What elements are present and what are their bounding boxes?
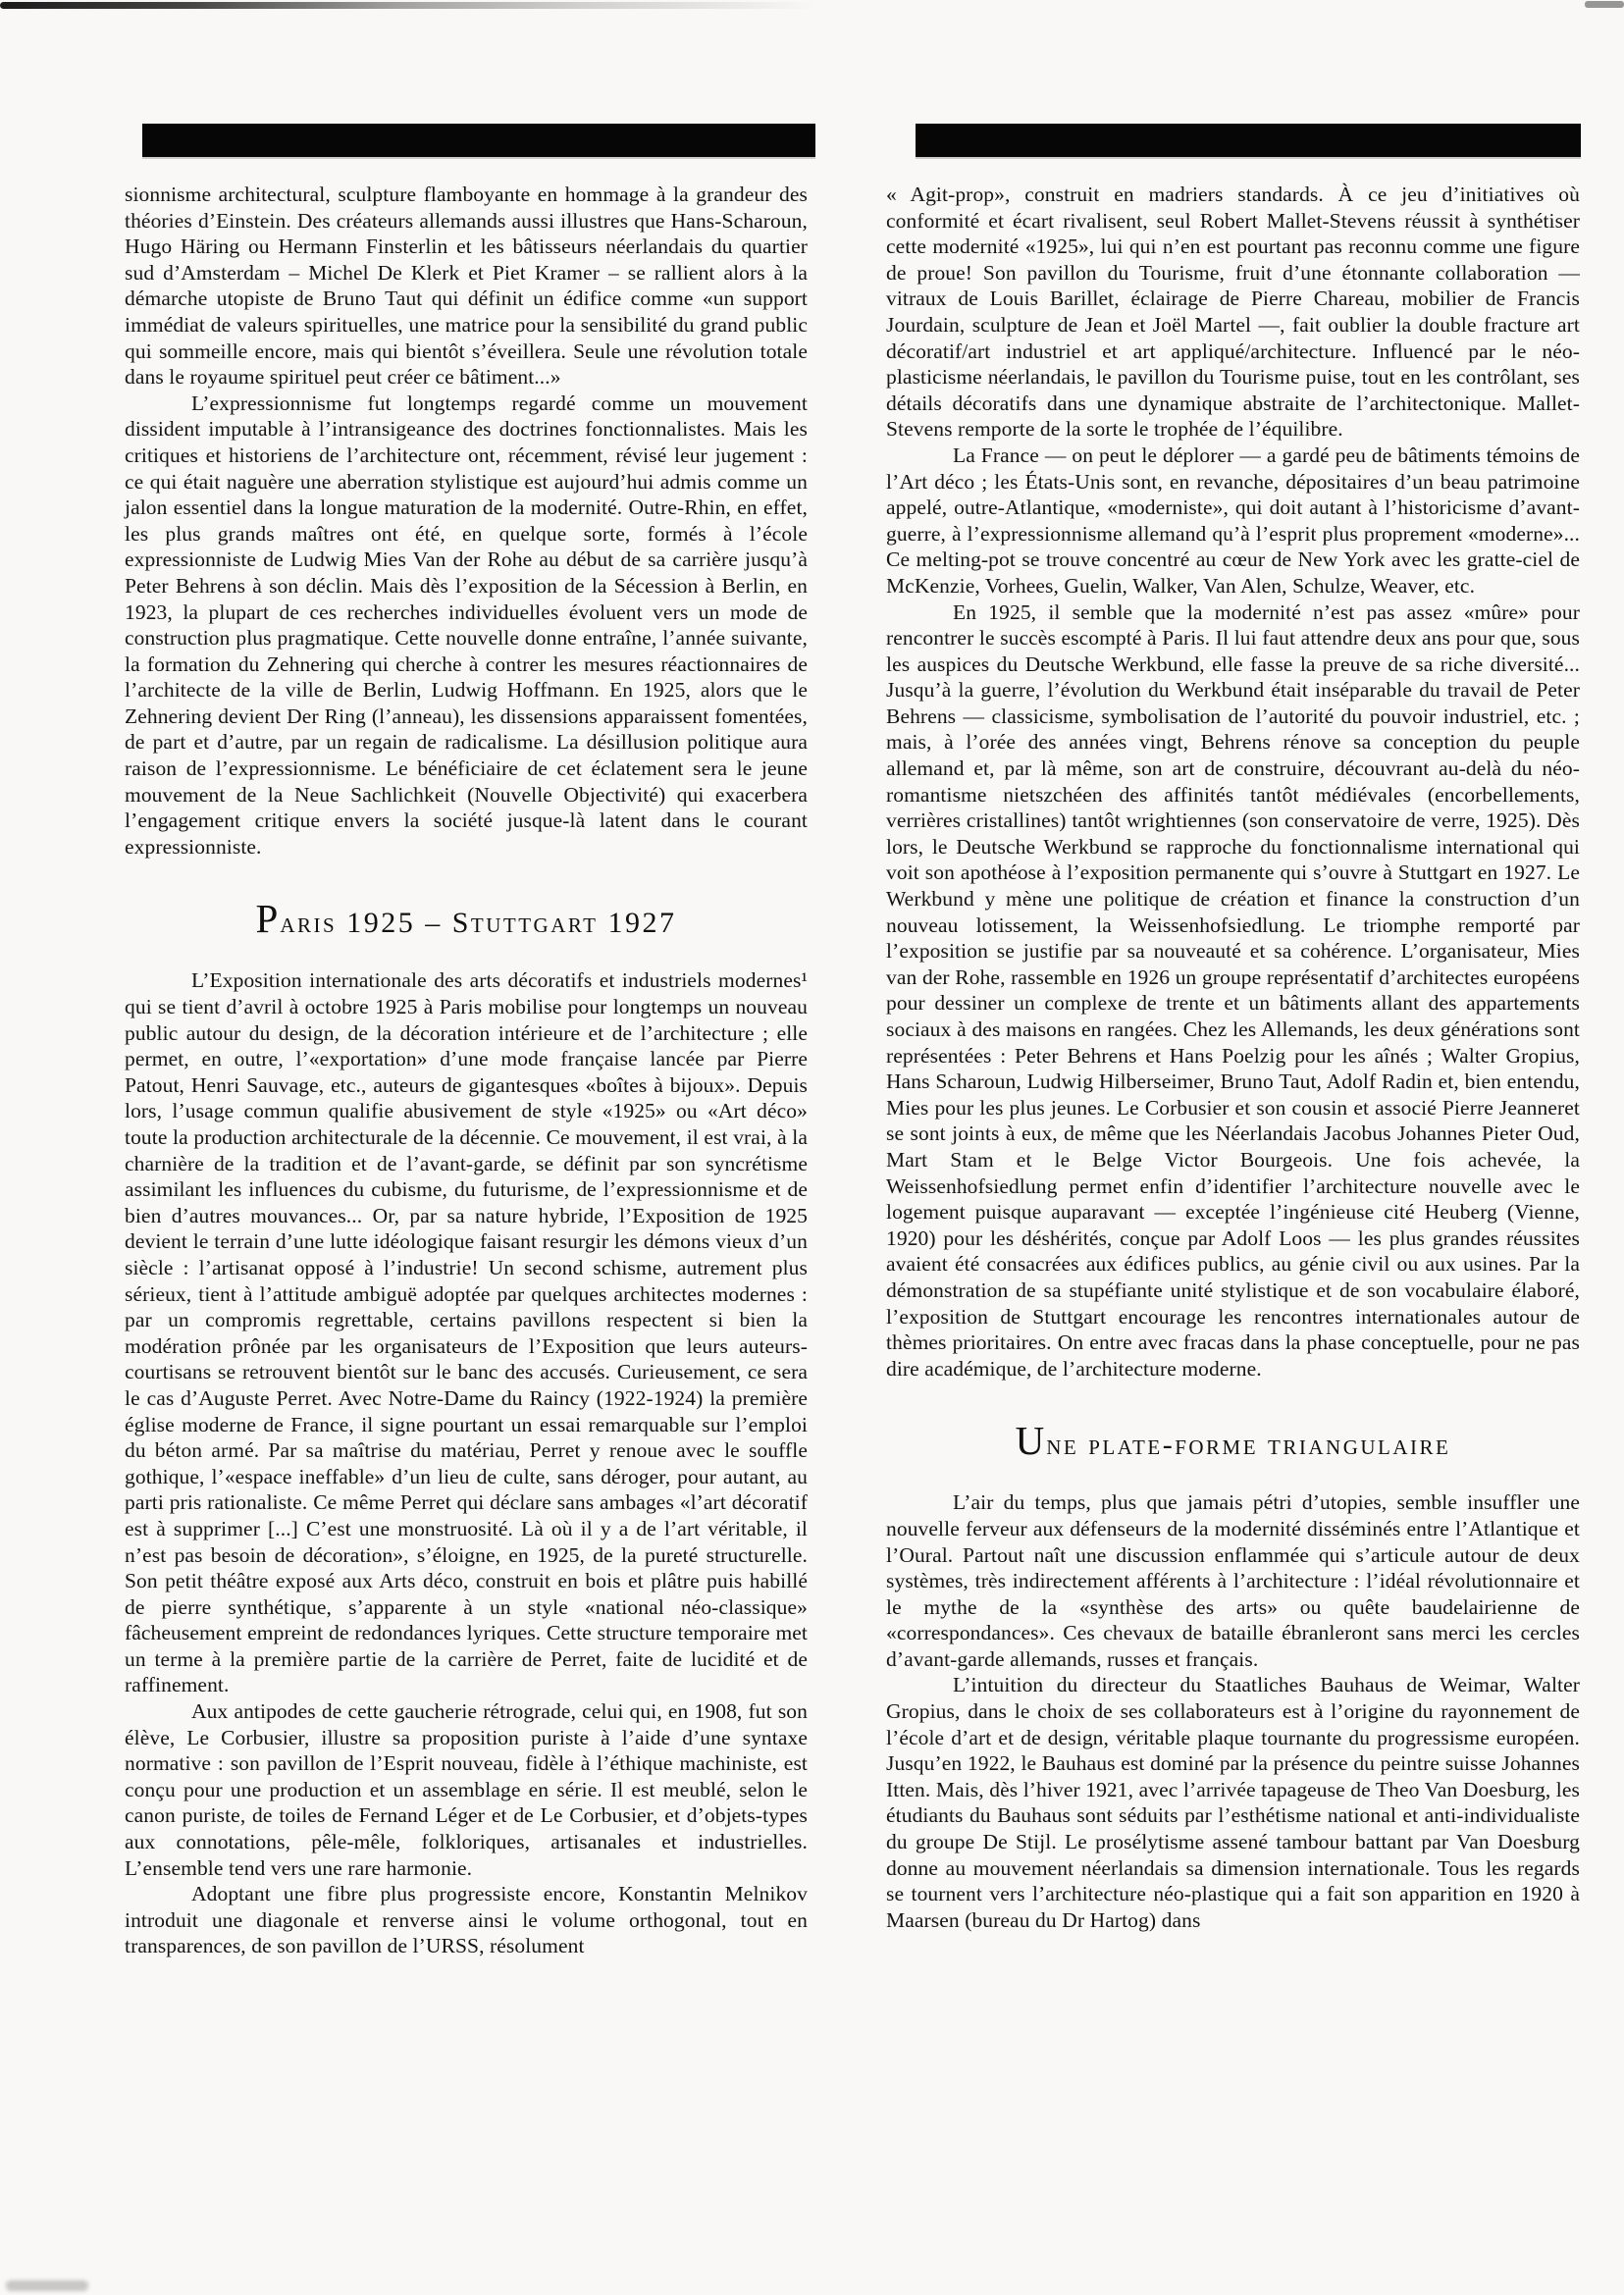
scan-artifact-bottom-left [6,2280,88,2291]
paragraph: L’air du temps, plus que jamais pétri d’… [886,1489,1580,1672]
redacted-header-bar-right [916,124,1581,157]
paragraph: Adoptant une fibre plus progressiste enc… [125,1881,808,1959]
scan-artifact-top-edge [0,2,888,9]
paragraph: sionnisme architectural, sculpture flamb… [125,182,808,391]
paragraph: L’Exposition internationale des arts déc… [125,967,808,1698]
paragraph: L’expressionnisme fut longtemps regardé … [125,391,808,861]
paragraph: En 1925, il semble que la modernité n’es… [886,600,1580,1382]
scan-artifact-top-right-speck [1585,1,1624,8]
redacted-header-bar-left [142,124,815,157]
section-heading: Paris 1925 – Stuttgart 1927 [125,895,808,942]
section-heading: Une plate-forme triangulaire [886,1417,1580,1464]
text-columns: sionnisme architectural, sculpture flamb… [125,124,1580,1959]
paragraph: Aux antipodes de cette gaucherie rétrogr… [125,1698,808,1881]
scanned-page: sionnisme architectural, sculpture flamb… [0,0,1624,2295]
paragraph: L’intuition du directeur du Staatliches … [886,1672,1580,1933]
right-column: « Agit-prop», construit en madriers stan… [886,124,1580,1959]
paragraph: « Agit-prop», construit en madriers stan… [886,182,1580,443]
paragraph: La France — on peut le déplorer — a gard… [886,443,1580,600]
left-column: sionnisme architectural, sculpture flamb… [125,124,808,1959]
